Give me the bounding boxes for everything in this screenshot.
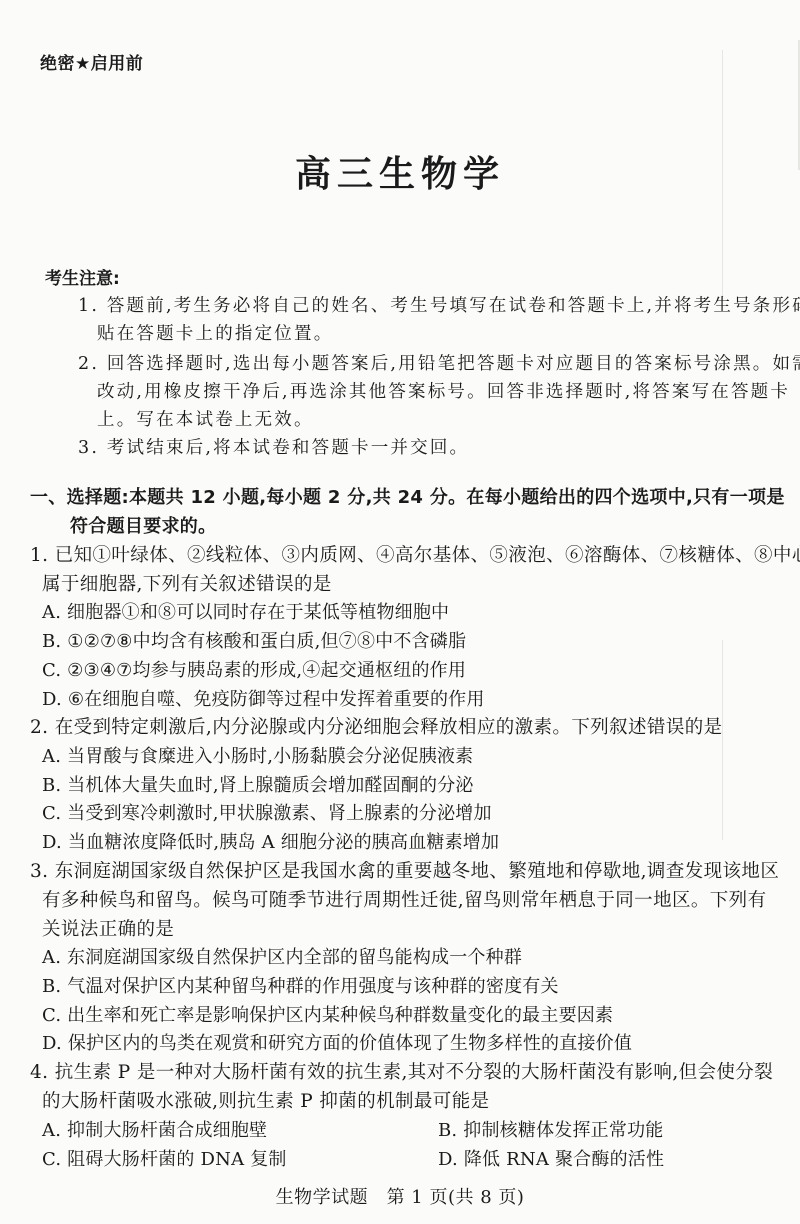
option-a: A. 细胞器①和⑧可以同时存在于某低等植物细胞中 — [42, 601, 449, 625]
option-b: B. ①②⑦⑧中均含有核酸和蛋白质,但⑦⑧中不含磷脂 — [42, 630, 466, 654]
confidential-label: 绝密★启用前 — [40, 49, 143, 74]
option-a: A. 当胃酸与食糜进入小肠时,小肠黏膜会分泌促胰液素 — [42, 745, 473, 769]
section-heading: 一、选择题:本题共 12 小题,每小题 2 分,共 24 分。在每小题给出的四个… — [30, 486, 785, 510]
option-d: D. 降低 RNA 聚合酶的活性 — [438, 1148, 664, 1172]
option-c: C. 当受到寒冷刺激时,甲状腺激素、肾上腺素的分泌增加 — [42, 802, 492, 826]
question-stem: 关说法正确的是 — [42, 918, 174, 942]
question-stem: 属于细胞器,下列有关叙述错误的是 — [42, 573, 332, 597]
exam-title: 高三生物学 — [0, 146, 800, 197]
option-d: D. 当血糖浓度降低时,胰岛 A 细胞分泌的胰高血糖素增加 — [42, 831, 499, 855]
option-b: B. 气温对保护区内某种留鸟种群的作用强度与该种群的密度有关 — [42, 975, 559, 999]
question-stem: 4. 抗生素 P 是一种对大肠杆菌有效的抗生素,其对不分裂的大肠杆菌没有影响,但… — [30, 1061, 773, 1085]
page-footer: 生物学试题 第 1 页(共 8 页) — [0, 1183, 800, 1209]
option-c: C. ②③④⑦均参与胰岛素的形成,④起交通枢纽的作用 — [42, 659, 466, 683]
option-b: B. 抑制核糖体发挥正常功能 — [438, 1119, 663, 1143]
exam-page: 绝密★启用前 高三生物学 考生注意: 1. 答题前,考生务必将自己的姓名、考生号… — [0, 0, 800, 1224]
option-a: A. 抑制大肠杆菌合成细胞壁 — [42, 1119, 267, 1143]
notice-line: 上。写在本试卷上无效。 — [97, 408, 314, 432]
notice-line: 3. 考试结束后,将本试卷和答题卡一并交回。 — [78, 436, 469, 460]
notice-line: 2. 回答选择题时,选出每小题答案后,用铅笔把答题卡对应题目的答案标号涂黑。如需 — [78, 352, 800, 376]
question-stem: 的大肠杆菌吸水涨破,则抗生素 P 抑菌的机制最可能是 — [42, 1090, 490, 1114]
notice-line: 贴在答题卡上的指定位置。 — [97, 322, 333, 346]
option-c: C. 阻碍大肠杆菌的 DNA 复制 — [42, 1148, 287, 1172]
option-d: D. ⑥在细胞自噬、免疫防御等过程中发挥着重要的作用 — [42, 688, 485, 712]
option-c: C. 出生率和死亡率是影响保护区内某种候鸟种群数量变化的最主要因素 — [42, 1004, 613, 1028]
option-b: B. 当机体大量失血时,肾上腺髓质会增加醛固酮的分泌 — [42, 774, 474, 798]
option-a: A. 东洞庭湖国家级自然保护区内全部的留鸟能构成一个种群 — [42, 946, 522, 970]
notice-heading: 考生注意: — [45, 264, 120, 289]
section-heading-cont: 符合题目要求的。 — [70, 515, 216, 539]
question-stem: 1. 已知①叶绿体、②线粒体、③内质网、④高尔基体、⑤液泡、⑥溶酶体、⑦核糖体、… — [30, 544, 800, 568]
question-stem: 2. 在受到特定刺激后,内分泌腺或内分泌细胞会释放相应的激素。下列叙述错误的是 — [30, 716, 723, 740]
question-stem: 3. 东洞庭湖国家级自然保护区是我国水禽的重要越冬地、繁殖地和停歇地,调查发现该… — [30, 860, 779, 884]
notice-line: 改动,用橡皮擦干净后,再选涂其他答案标号。回答非选择题时,将答案写在答题卡 — [97, 380, 790, 404]
scan-artifact — [722, 640, 723, 840]
option-d: D. 保护区内的鸟类在观赏和研究方面的价值体现了生物多样性的直接价值 — [42, 1032, 632, 1056]
notice-line: 1. 答题前,考生务必将自己的姓名、考生号填写在试卷和答题卡上,并将考生号条形码… — [78, 294, 800, 318]
question-stem: 有多种候鸟和留鸟。候鸟可随季节进行周期性迁徙,留鸟则常年栖息于同一地区。下列有 — [42, 889, 766, 913]
